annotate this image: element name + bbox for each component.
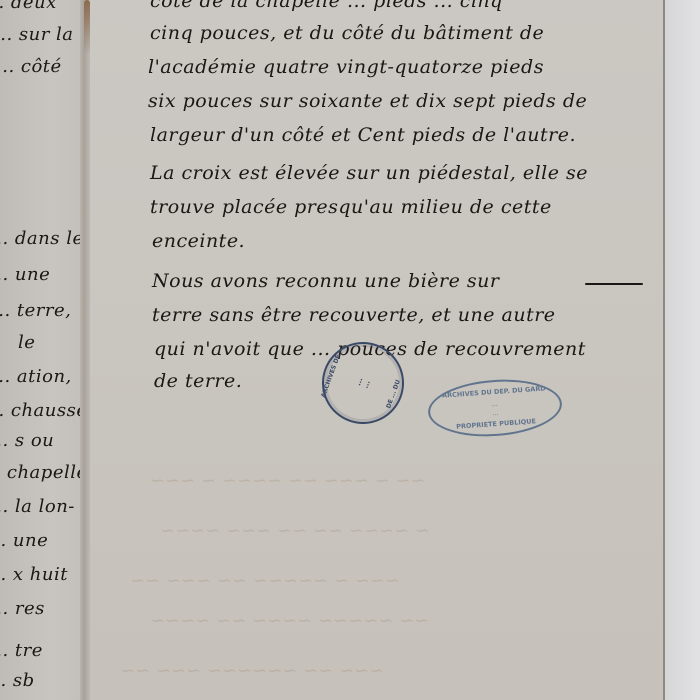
manuscript-line-1: côté de la chapelle ... pieds ... cinq [150,0,503,12]
manuscript-line-12: de terre. [154,370,242,392]
left-line: ... chaussée [0,400,86,421]
show-through-text: ~ ~~~~ ~~ ~~ ~~~ ~~~~ [160,520,430,541]
left-line: ... deux [0,0,57,13]
show-through-text: ~~~ ~ ~~~~~ ~~ ~~~ ~~ [130,570,400,591]
left-line: ... chapelle [0,462,86,483]
left-line: ... x huit [0,564,68,585]
show-through-text: ~~~ ~~ ~~~~~~ ~~~ ~~ [120,660,384,681]
line-filler-stroke [585,283,643,285]
left-line: ... sur la [0,24,74,45]
manuscript-line-4: six pouces sur soixante et dix sept pied… [148,90,587,112]
left-page-fragment: ... deux ... sur la ... côté ... dans le… [0,0,86,700]
manuscript-line-3: l'académie quatre vingt-quatorze pieds [148,56,544,78]
manuscript-line-7: trouve placée presqu'au milieu de cette [150,196,552,218]
background-surface [665,0,700,700]
left-line: ... une [0,264,50,285]
left-line: ... s ou [0,430,54,451]
show-through-text: ~~ ~ ~~~ ~~ ~~~~ ~ ~~~ [150,470,426,491]
left-line: ... res [0,598,45,619]
manuscript-line-8: enceinte. [152,230,245,252]
manuscript-line-10: terre sans être recouverte, et une autre [152,304,556,326]
left-line: ... ation, [0,366,72,387]
manuscript-line-6: La croix est élevée sur un piédestal, el… [150,162,588,184]
manuscript-line-2: cinq pouces, et du côté du bâtiment de [150,22,544,44]
manuscript-line-5: largeur d'un côté et Cent pieds de l'aut… [150,124,576,146]
stamp-center-text: ... [362,379,372,389]
left-line: ... la lon- [0,496,75,517]
left-line: ... terre, [0,300,71,321]
show-through-text: ~~ ~~~~~ ~~~~ ~~ ~~~~ [150,610,429,631]
left-line: ... tre [0,640,43,661]
left-line: ... sb [0,670,35,691]
manuscript-line-9: Nous avons reconnu une bière sur [152,270,499,292]
left-line: ... une [0,530,48,551]
left-line: le [18,332,35,353]
page-gutter-fold [80,0,90,700]
left-line: ... dans le [0,228,84,249]
left-line: ... côté [0,56,62,77]
